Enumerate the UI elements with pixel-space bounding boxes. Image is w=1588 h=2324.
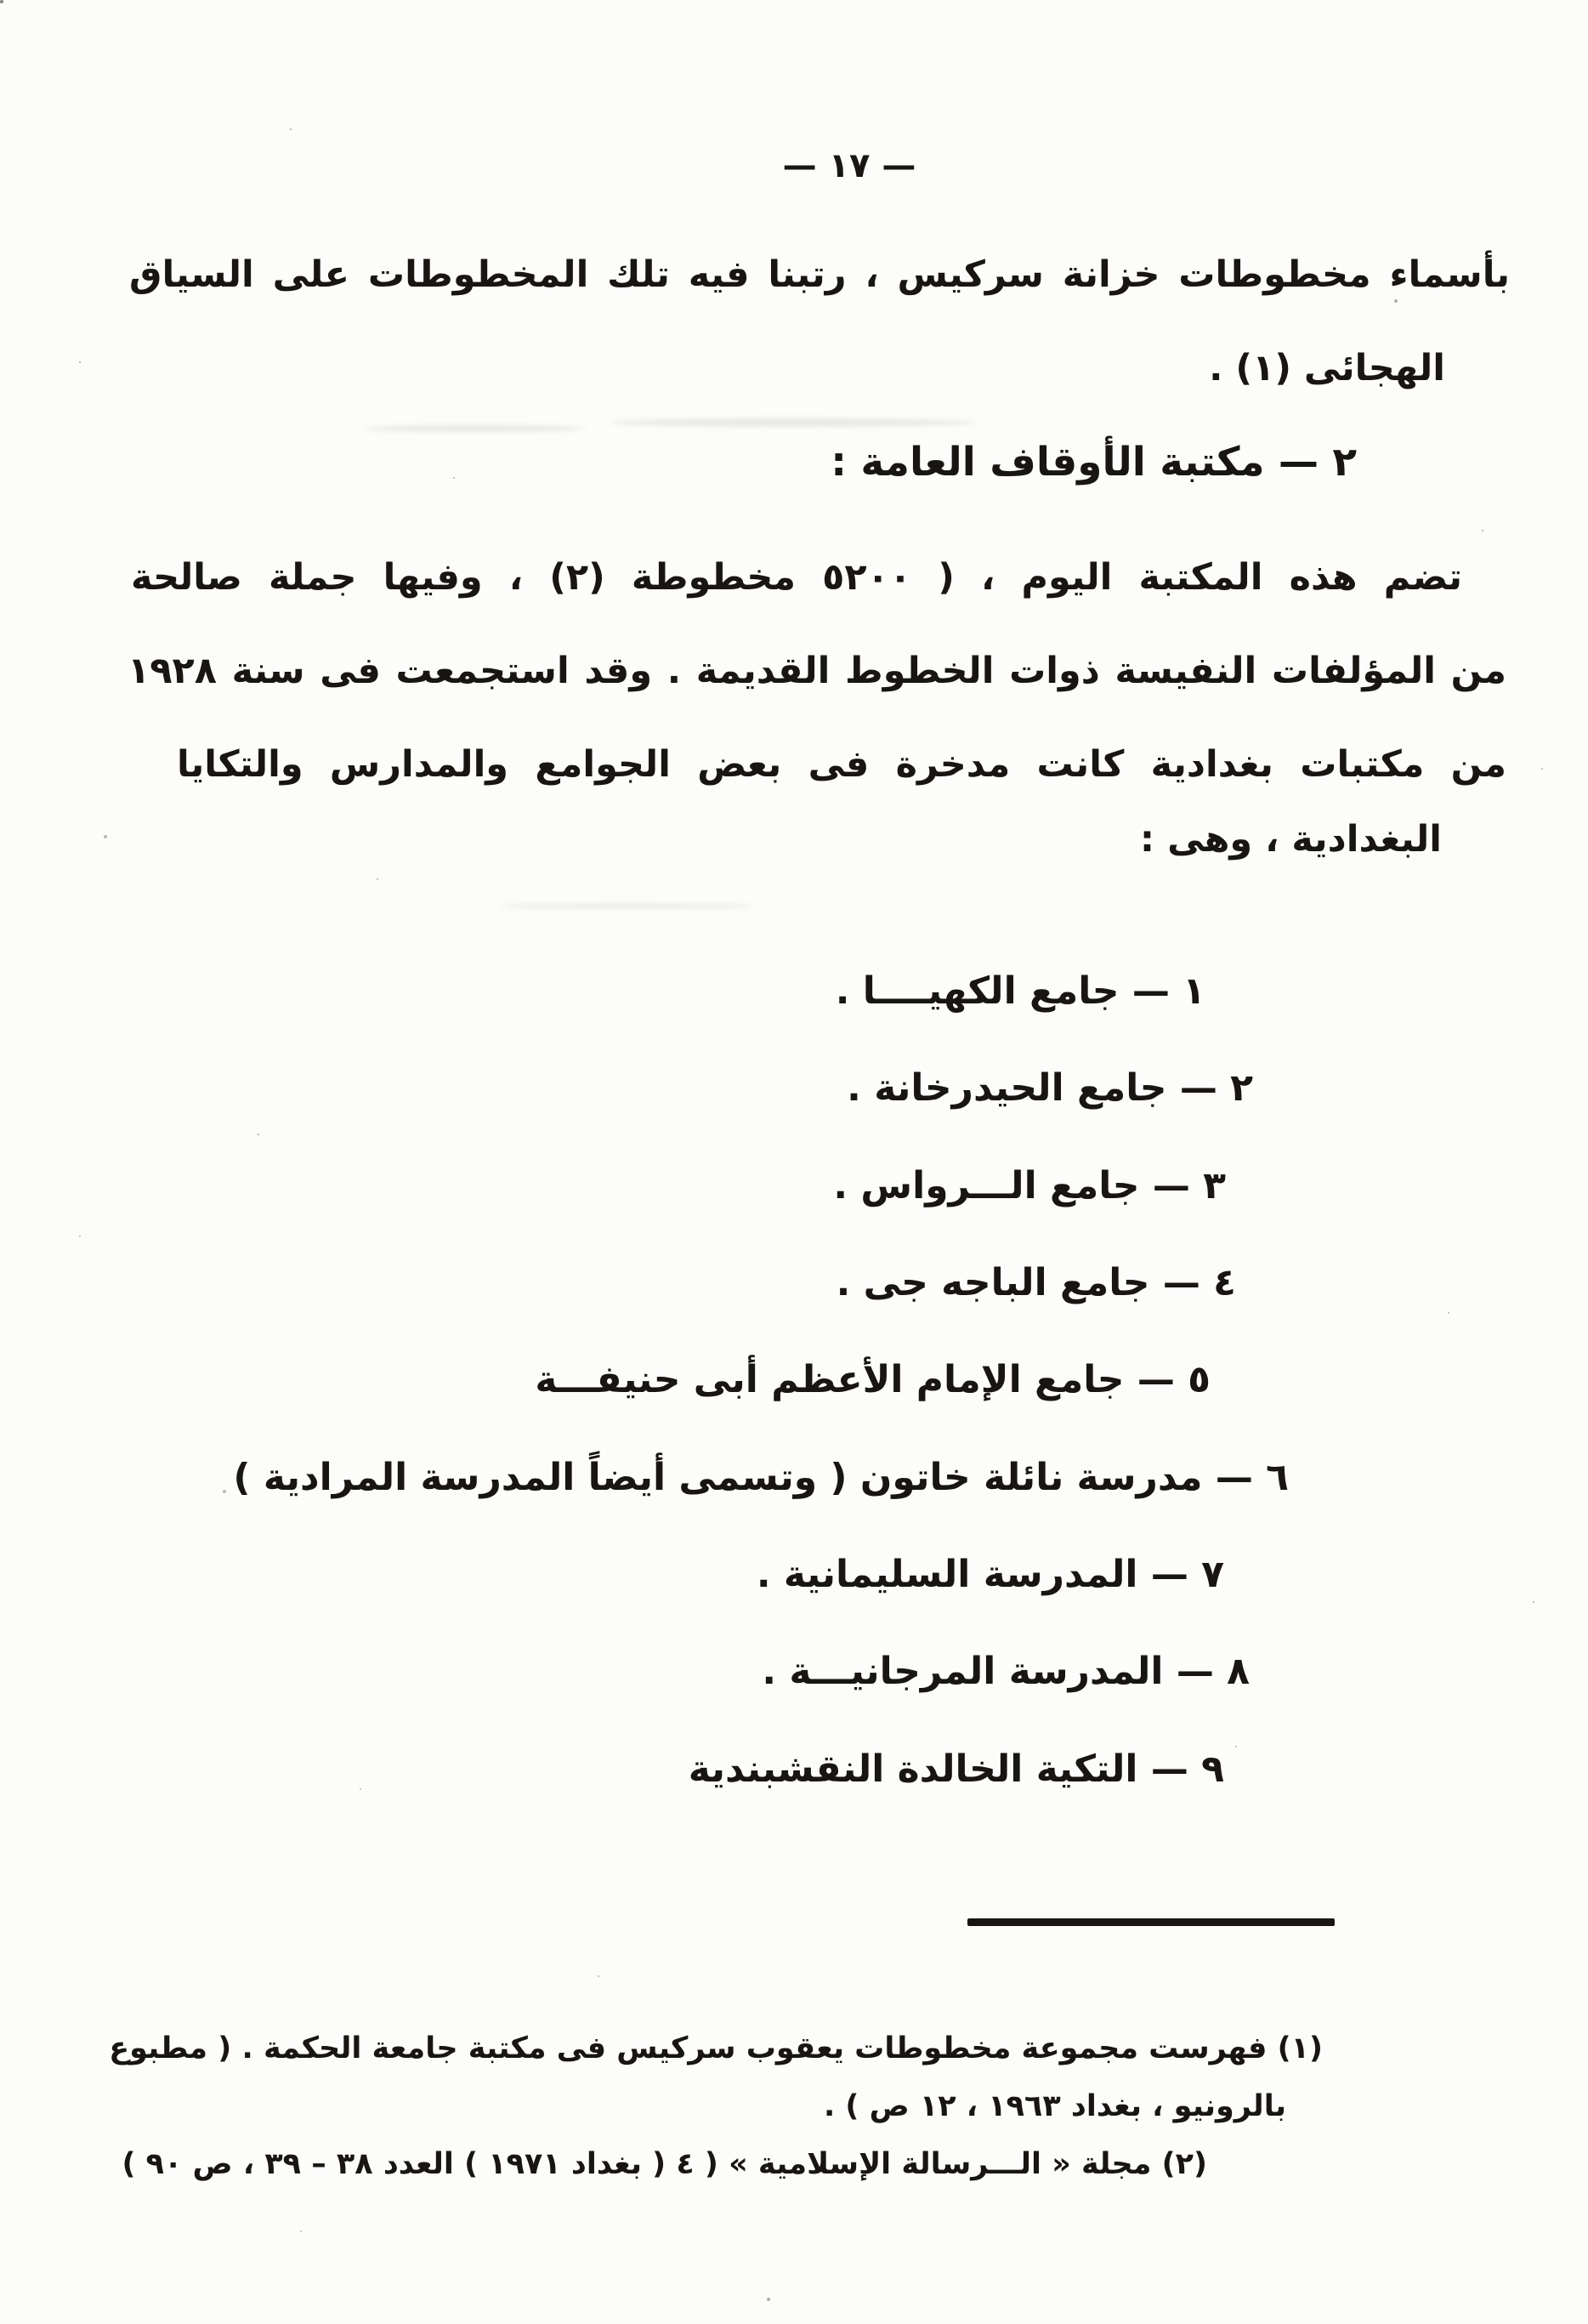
scan-smudge [364, 425, 585, 432]
page-number: — ١٧ — [0, 146, 1588, 185]
list-item-mosque-kahya: ١ — جامع الكهيــــا . [836, 963, 1205, 1020]
footnote-separator-rule [967, 1918, 1335, 1926]
list-item-school-naila-khatun: ٦ — مدرسة نائلة خاتون ( وتسمى أيضاً المد… [233, 1449, 1289, 1507]
body-paragraph-line-3: من مكتبات بغدادية كانت مدخرة فى بعض الجو… [177, 736, 1506, 793]
list-item-takiyya-khalida: ٩ — التكية الخالدة النقشبندية [689, 1741, 1224, 1798]
list-item-school-marjaniyya: ٨ — المدرسة المرجانيـــة . [762, 1643, 1250, 1701]
scanned-book-page: — ١٧ — بأسماء مخطوطات خزانة سركيس ، رتبن… [0, 0, 1588, 2324]
list-item-mosque-rawwas: ٣ — جامع الـــرواس . [833, 1157, 1226, 1215]
footnote-1-line-2: بالرونيو ، بغداد ١٩٦٣ ، ١٢ ص ) . [824, 2083, 1286, 2129]
list-item-school-sulaymaniyya: ٧ — المدرسة السليمانية . [757, 1546, 1224, 1604]
intro-paragraph-line-1: بأسماء مخطوطات خزانة سركيس ، رتبنا فيه ت… [129, 247, 1510, 304]
list-item-mosque-bajahji: ٤ — جامع الباجه جى . [837, 1254, 1236, 1312]
scan-noise-speckles [0, 0, 3, 3]
footnote-1-line-1: (١) فهرست مجموعة مخطوطات يعقوب سركيس فى … [109, 2026, 1323, 2071]
scan-smudge [610, 418, 976, 427]
body-paragraph-line-4: البغدادية ، وهى : [1140, 811, 1442, 868]
footnote-2: (٢) مجلة « الـــرسالة الإسلامية » ( ٤ ( … [122, 2141, 1207, 2187]
body-paragraph-line-2: من المؤلفات النفيسة ذوات الخطوط القديمة … [128, 643, 1506, 700]
list-item-mosque-haydarkhana: ٢ — جامع الحيدرخانة . [847, 1060, 1253, 1117]
list-item-mosque-abu-hanifa: ٥ — جامع الإمام الأعظم أبى حنيفـــة [535, 1351, 1211, 1409]
scan-smudge [500, 903, 755, 909]
intro-paragraph-line-2: الهجائى (١) . [1209, 340, 1445, 397]
section-heading: ٢ — مكتبة الأوقاف العامة : [831, 432, 1357, 494]
body-paragraph-line-1: تضم هذه المكتبة اليوم ، ( ٥٢٠٠ مخطوطة (٢… [131, 549, 1462, 606]
